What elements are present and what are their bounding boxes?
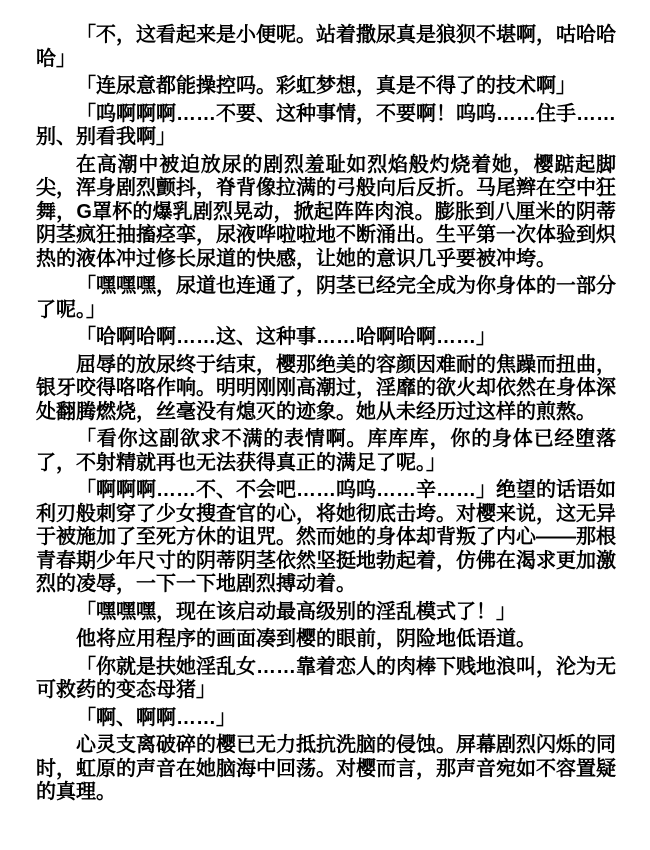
text-page: 「不，这看起来是小便呢。站着撒尿真是狼狈不堪啊，咕哈哈哈」 「连尿意都能操控吗。…	[0, 0, 650, 850]
paragraph-5: 「嘿嘿嘿，尿道也连通了，阴茎已经完全成为你身体的一部分了呢。」	[36, 275, 616, 322]
paragraph-2: 「连尿意都能操控吗。彩虹梦想，真是不得了的技术啊」	[36, 75, 616, 99]
paragraph-9: 「啊啊啊……不、不会吧……呜呜……辛……」绝望的话语如利刃般刺穿了少女搜查官的心…	[36, 479, 616, 597]
paragraph-4: 在高潮中被迫放尿的剧烈羞耻如烈焰般灼烧着她，樱踮起脚尖，浑身剧烈颤抖，脊背像拉满…	[36, 154, 616, 272]
paragraph-1: 「不，这看起来是小便呢。站着撒尿真是狼狈不堪啊，咕哈哈哈」	[36, 24, 616, 71]
paragraph-8: 「看你这副欲求不满的表情啊。库库库，你的身体已经堕落了，不射精就再也无法获得真正…	[36, 428, 616, 475]
paragraph-10: 「嘿嘿嘿，现在该启动最高级别的淫乱模式了！」	[36, 601, 616, 625]
paragraph-11: 他将应用程序的画面凑到樱的眼前，阴险地低语道。	[36, 628, 616, 652]
paragraph-14: 心灵支离破碎的樱已无力抵抗洗脑的侵蚀。屏幕剧烈闪烁的同时，虹原的声音在她脑海中回…	[36, 734, 616, 805]
paragraph-13: 「啊、啊啊……」	[36, 707, 616, 731]
paragraph-6: 「哈啊哈啊……这、这种事……哈啊哈啊……」	[36, 326, 616, 350]
paragraph-3: 「呜啊啊啊……不要、这种事情，不要啊！呜呜……住手……别、别看我啊」	[36, 103, 616, 150]
paragraph-7: 屈辱的放尿终于结束，樱那绝美的容颜因难耐的焦躁而扭曲，银牙咬得咯咯作响。明明刚刚…	[36, 354, 616, 425]
paragraph-12: 「你就是扶她淫乱女……靠着恋人的肉棒下贱地浪叫，沦为无可救药的变态母猪」	[36, 656, 616, 703]
